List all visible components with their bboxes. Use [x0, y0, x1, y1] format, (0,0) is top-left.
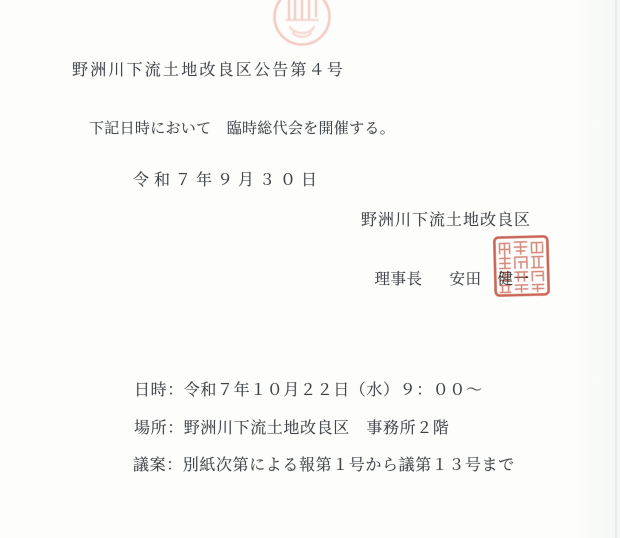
- org-name: 野洲川下流土地改良区: [361, 211, 531, 231]
- detail-agenda: 議案：別紙次第による報第１号から議第１３号まで: [133, 456, 515, 476]
- notice-number: 野洲川下流土地改良区公告第４号: [72, 61, 345, 81]
- scan-shading: [578, 0, 620, 538]
- round-stamp-icon: [271, 0, 333, 50]
- detail-place: 場所：野洲川下流土地改良区 事務所２階: [134, 419, 449, 439]
- issue-date: 令和７年９月３０日: [133, 171, 322, 191]
- registered-seal-icon: [492, 234, 551, 297]
- document-page: 野洲川下流土地改良区公告第４号 下記日時において 臨時総代会を開催する。 令和７…: [0, 0, 620, 538]
- scan-edge-line: [615, 0, 617, 538]
- detail-datetime: 日時：令和７年１０月２２日（水）９：００～: [134, 381, 483, 401]
- notice-body: 下記日時において 臨時総代会を開催する。: [89, 119, 395, 139]
- signer-title: 理事長: [375, 271, 423, 288]
